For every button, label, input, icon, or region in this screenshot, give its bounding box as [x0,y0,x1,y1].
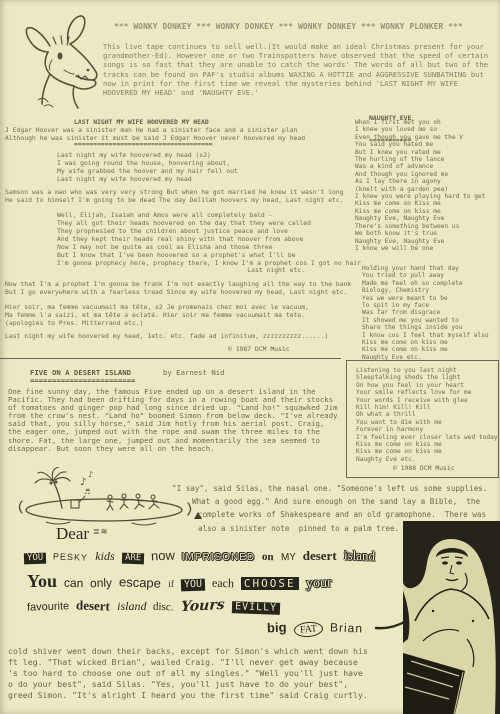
ransom-word: desert [303,549,337,562]
ransom-word: CHOOSE [241,577,299,590]
lyric-line: (knelt with a garden pea) [355,186,485,193]
svg-text:♬: ♬ [84,488,90,496]
lyric-line: I'm feeling ever closer lets wed today [356,434,498,441]
ransom-word: only [90,577,112,590]
photocopied-portrait-photo [403,521,500,714]
lyric-line: I'm gonna prophecy here, prophecy there,… [57,259,361,267]
lyric-line: Made me feel oh so complete [362,280,489,287]
story-line: 's too hard to choose one out of all my … [8,668,368,679]
stamp-glyphs: ≣≋ [93,527,108,536]
lyric-line: On how you feel in your heart [356,382,498,389]
lyric-line: As I lay there in agony [355,178,485,185]
lyric-line: You tried to pull away [362,272,489,279]
lyric-line: Naughty Eve, Naughty Eve [355,238,485,245]
ransom-word: big [267,621,287,635]
ransom-word: favourite [27,601,70,613]
story-title-underline: ======================== [30,376,135,385]
lyric-line: He said to himself I'm going to be dead … [5,196,344,204]
intro-line: HOOVERED MY HEAD' and 'NAUGHTY EVE.' [103,88,488,97]
lyric-line: Share the things inside you [362,324,489,331]
story-line: "I say", said Silas, the nasal one. "Som… [172,482,487,495]
story-line: disappear. But soon they were all on the… [8,445,337,453]
intro-line: songs is so fast that they are unable to… [103,60,488,69]
ransom-word: YOU [181,579,205,592]
story-paragraph-3: cold shiver went down their backs, excep… [8,646,368,701]
lyric-line: Last night my wife hoovered my head (x2) [57,151,238,159]
lyric-line: Sleeptalking sheds the light [356,374,498,381]
lyric-line: Your words I receive with glee [356,397,498,404]
lyric-line: Last night my wife hoovered my head [57,175,238,183]
ransom-word: Brian [329,621,362,634]
ransom-word-circled: FAT [293,621,323,638]
song1-verse4: Now that I'm a prophet I'm gonna be fran… [5,280,351,296]
lyric-line: Kill him! Kill! Kill [356,404,498,411]
story-paragraph-1: One fine sunny day, the famous Five ende… [8,388,337,453]
story-line: greed Simon. "It's alright I heard you t… [8,690,368,701]
ransom-line-2: You can only escape if YOU each CHOOSE y… [27,572,331,591]
lyric-line: Naughty Eve, Naughty Eve [355,215,485,222]
lyric-line: My wife grabbed the hoover and my hair f… [57,167,238,175]
lyric-line: They prophesied to the children about ju… [57,227,361,235]
ransom-word: You [27,572,57,590]
song2-stanza2: Holding your hand that dayYou tried to p… [362,265,489,361]
lyric-line: Oh what a thrill [356,411,498,418]
ransom-word: ARE [121,553,144,565]
lyric-line: Listening to you last night [356,367,498,374]
intro-line: tracks can be found on PAF's studio albu… [103,70,488,79]
lyric-line: I know cos I feel that myself also [362,332,489,339]
lyric-line: Ma femme l'a saizi, et ma tête a eclaté.… [5,311,309,319]
ransom-word: Yours [181,598,225,614]
lyric-line: There's something between us [355,223,485,230]
story-line: ft leg. "That wicked Brian", wailed Crai… [8,657,368,668]
svg-text:♪: ♪ [80,477,86,488]
song2-stanza1: When I first met you ohI knew you loved … [355,119,485,252]
lyric-line: But I go everywhere with a fearless trea… [5,288,351,296]
ransom-word: IMPRISONED [182,553,255,563]
song1-verse3: Well, Elijah, Isaiah and Amos were all c… [57,211,361,267]
lyric-line: Hier soir, ma femme vacuumait ma tête, x… [5,303,309,311]
ransom-word: disc. [153,602,174,614]
lyric-line: Forever in harmony [356,426,498,433]
lyric-line: We both know it's true [355,230,485,237]
lyric-line: I was going round the house, hoovering a… [57,159,238,167]
lyric-line: I know we will be one [355,245,485,252]
song2-copyright: © 1988 DCM Music [393,464,455,472]
ransom-word: kids [95,550,114,562]
ransom-word: EVILLY [231,601,280,615]
lyric-line: Was far from disgrace [362,309,489,316]
lyric-line: Kiss me come on kiss me [362,339,489,346]
lyric-line: Now I may not be quite as cool as Elisha… [57,243,361,251]
lyric-line: Kiss me come on kiss me [356,448,498,455]
song2-stanza3: Listening to you last nightSleeptalking … [356,367,498,463]
ransom-word: YOU [24,553,47,565]
lyric-line: Now that I'm a prophet I'm gonna be fran… [5,280,351,288]
lyric-line: Your smile reflects love for me [356,389,498,396]
lyric-line: The hurling of the lance [355,156,485,163]
zine-page: *** WONKY DONKEY *** WONKY DONKEY *** WO… [0,0,500,714]
lyric-line: Naughty Eve etc. [356,456,498,463]
donkey-sketch-illustration [8,12,108,112]
ransom-line-4: big FAT Brian [267,621,363,637]
lyric-line: It showed me you wanted to [362,317,489,324]
ransom-line-1: YOU PESKY kids ARE now IMPRISONED on MY … [24,549,375,564]
story-byline: by Earnest Nid [163,368,225,377]
lyric-line: You said you hated me [355,141,485,148]
lyric-line: And they kept their heads real shiny wit… [57,235,361,243]
song1-title-underline: ==================================== [74,141,213,148]
song1-verse5: Hier soir, ma femme vacuumait ma tête, x… [5,303,309,327]
lyric-line: J Edgar Hoover was a sinister man He had… [5,126,305,134]
lyric-line: I knew you loved me so [355,126,485,133]
lyric-line: Well, Elijah, Isaiah and Amos were all c… [57,211,361,219]
intro-line: now in print for the first time we revea… [103,79,488,88]
lyric-line: (apologies to Pres. Mitterrand etc.) [5,319,309,327]
svg-text:♪: ♪ [88,470,93,479]
story-line: o do your best", said Silas. "Yes, you'l… [8,679,368,690]
lyric-line: Was a kind of advance [355,163,485,170]
ransom-word: each [212,577,234,590]
ransom-word: your [305,577,331,592]
lyric-line: I knew you were playing hard to get [355,193,485,200]
song1-verse3-refrain: Last night etc. [215,266,305,274]
lyric-line: Holding your hand that day [362,265,489,272]
lyric-line: And though you ignored me [355,171,485,178]
lyric-line: Although he was sinister it must be said… [5,134,305,142]
intro-line: grandmother-Ed). However one or two Trai… [103,51,488,60]
ransom-line-3: favourite desert island disc. Yours EVIL… [27,599,280,614]
lyric-line: Kiss me come on kiss me [355,208,485,215]
ransom-word: escape [119,575,161,589]
lyric-line: Yes we were meant to be [362,295,489,302]
ransom-word: can [64,577,84,590]
lyric-line: Biology, Chemistry [362,287,489,294]
ransom-word: desert [76,598,110,612]
song1-outro: Last night my wife hoovered my head, 1et… [5,332,328,340]
ransom-word: on [262,552,274,563]
lyric-line: Kiss me come on kiss me [362,346,489,353]
ransom-word: PESKY [53,552,88,562]
lyric-line: Samson was a man who was very very stron… [5,188,344,196]
section-divider [0,358,341,359]
song1-chorus: Last night my wife hoovered my head (x2)… [57,151,238,183]
lyric-line: Even though you gave me the V [355,134,485,141]
ransom-word: island [117,600,146,612]
story-line: complete works of Shakespeare and an old… [172,508,487,521]
page-banner: *** WONKY DONKEY *** WONKY DONKEY *** WO… [114,22,463,31]
lyric-line: To spit in my face [362,302,489,309]
lyric-line: But I know that I've been hoovered so a … [57,251,361,259]
story-line: What a good egg." And sure enough on the… [172,495,487,508]
story-line: cold shiver went down their backs, excep… [8,646,368,657]
lyric-line: You want to die with me [356,419,498,426]
lyric-line: But I knew you rated me [355,149,485,156]
lyric-line: When I first met you oh [355,119,485,126]
song1-verse1: J Edgar Hoover was a sinister man He had… [5,126,305,142]
ransom-dear-word: Dear [56,524,89,543]
ransom-word: MY [281,553,296,564]
ransom-word: if [168,580,174,589]
ransom-word: now [151,549,175,563]
ransom-salutation: Dear ≣≋ [56,524,108,544]
lyric-line: They all got their heads hoovered on the… [57,219,361,227]
ransom-word: island [343,548,374,562]
lyric-line: Kiss me come on Kiss me [355,200,485,207]
intro-paragraph: This live tape continues to sell well.(I… [103,42,488,97]
lyric-line: Kiss me come on kiss me [356,441,498,448]
song1-copyright: © 1987 DCM Music [228,345,290,353]
song1-verse2: Samson was a man who was very very stron… [5,188,344,204]
intro-line: This live tape continues to sell well.(I… [103,42,488,51]
